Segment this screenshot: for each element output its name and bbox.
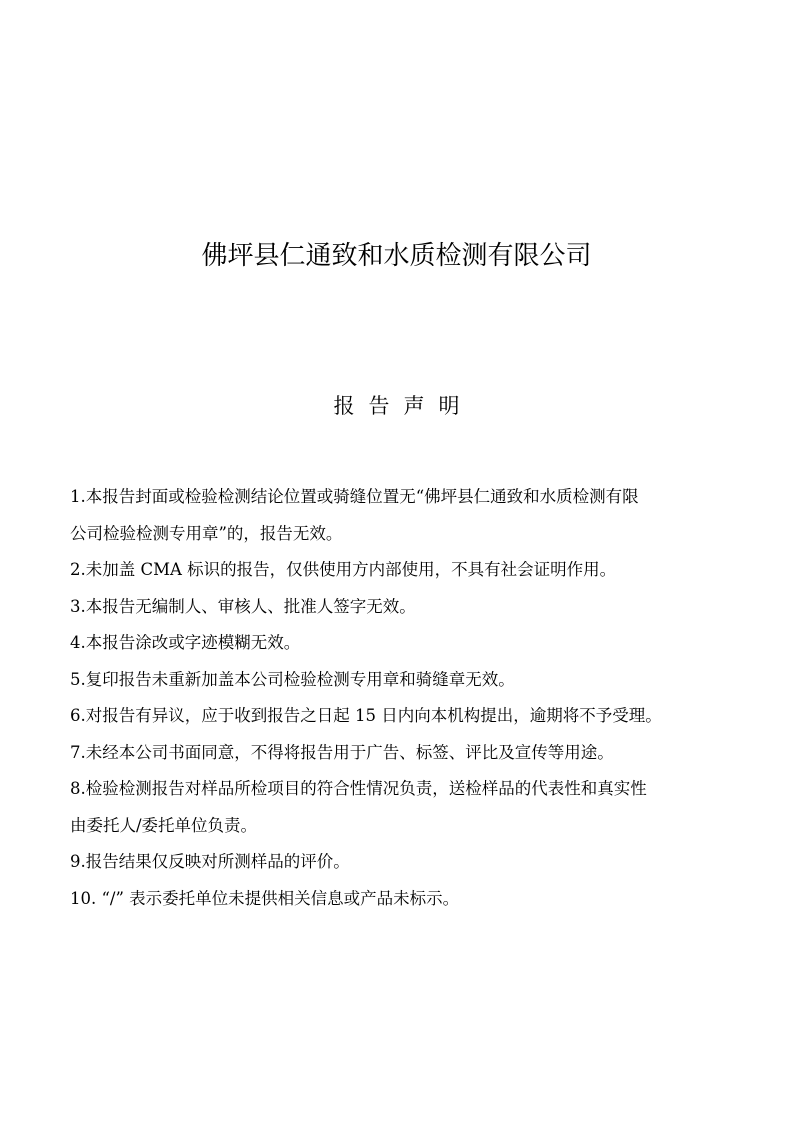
statement-item-3: 3.本报告无编制人、审核人、批准人签字无效。 — [70, 589, 750, 626]
statement-item-8: 8.检验检测报告对样品所检项目的符合性情况负责，送检样品的代表性和真实性 由委托… — [70, 771, 750, 844]
statement-item-2: 2.未加盖 CMA 标识的报告，仅供使用方内部使用，不具有社会证明作用。 — [70, 552, 750, 589]
statement-line: 10. “/” 表示委托单位未提供相关信息或产品未标示。 — [70, 881, 750, 918]
company-name-heading: 佛坪县仁通致和水质检测有限公司 — [0, 236, 793, 276]
statement-line: 5.复印报告未重新加盖本公司检验检测专用章和骑缝章无效。 — [70, 662, 750, 699]
statement-item-9: 9.报告结果仅反映对所测样品的评价。 — [70, 844, 750, 881]
statement-line: 3.本报告无编制人、审核人、批准人签字无效。 — [70, 589, 750, 626]
statement-line: 7.未经本公司书面同意，不得将报告用于广告、标签、评比及宣传等用途。 — [70, 735, 750, 772]
statement-list: 1.本报告封面或检验检测结论位置或骑缝位置无“佛坪县仁通致和水质检测有限 公司检… — [70, 479, 750, 917]
statement-item-6: 6.对报告有异议，应于收到报告之日起 15 日内向本机构提出，逾期将不予受理。 — [70, 698, 750, 735]
statement-line: 9.报告结果仅反映对所测样品的评价。 — [70, 844, 750, 881]
statement-line: 2.未加盖 CMA 标识的报告，仅供使用方内部使用，不具有社会证明作用。 — [70, 552, 750, 589]
statement-item-4: 4.本报告涂改或字迹模糊无效。 — [70, 625, 750, 662]
statement-item-1: 1.本报告封面或检验检测结论位置或骑缝位置无“佛坪县仁通致和水质检测有限 公司检… — [70, 479, 750, 552]
statement-line: 1.本报告封面或检验检测结论位置或骑缝位置无“佛坪县仁通致和水质检测有限 — [70, 479, 750, 516]
statement-line: 8.检验检测报告对样品所检项目的符合性情况负责，送检样品的代表性和真实性 — [70, 771, 750, 808]
statement-line: 由委托人/委托单位负责。 — [70, 808, 750, 845]
statement-line: 4.本报告涂改或字迹模糊无效。 — [70, 625, 750, 662]
statement-item-7: 7.未经本公司书面同意，不得将报告用于广告、标签、评比及宣传等用途。 — [70, 735, 750, 772]
report-statement-heading: 报告声明 — [0, 390, 793, 422]
statement-line: 6.对报告有异议，应于收到报告之日起 15 日内向本机构提出，逾期将不予受理。 — [70, 698, 750, 735]
statement-item-10: 10. “/” 表示委托单位未提供相关信息或产品未标示。 — [70, 881, 750, 918]
statement-line: 公司检验检测专用章”的，报告无效。 — [70, 516, 750, 553]
statement-item-5: 5.复印报告未重新加盖本公司检验检测专用章和骑缝章无效。 — [70, 662, 750, 699]
